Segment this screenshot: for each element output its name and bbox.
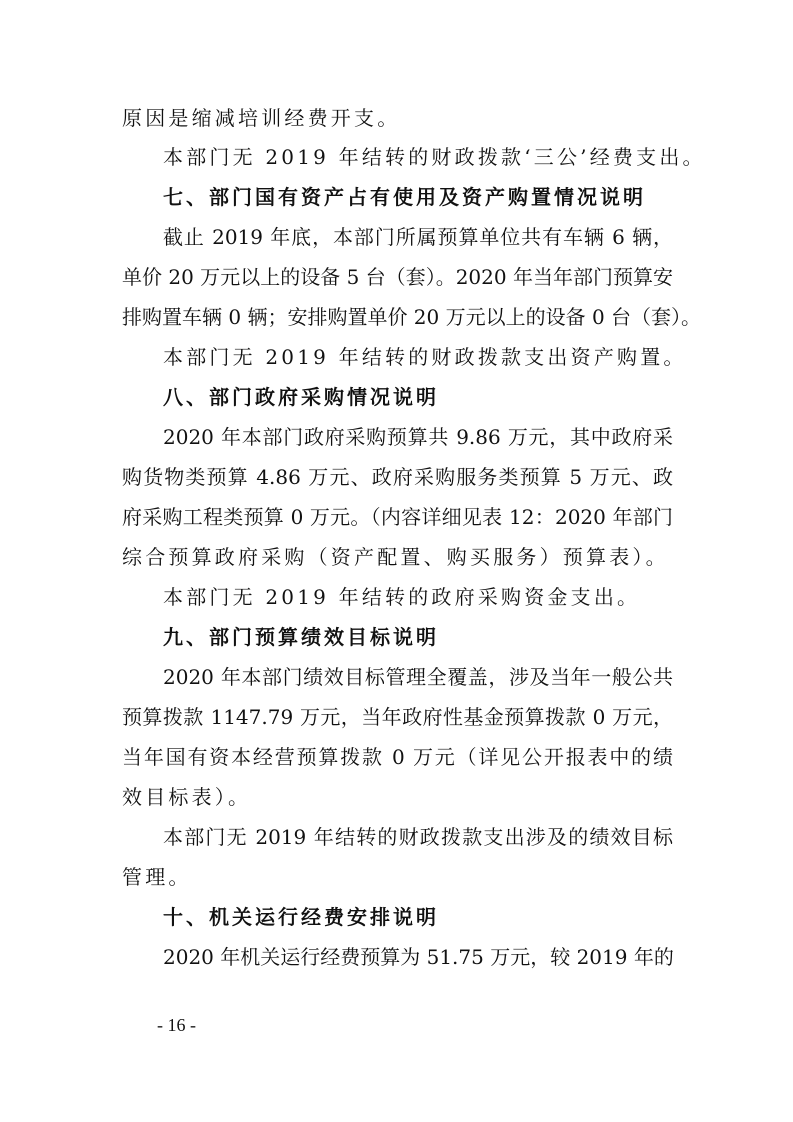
section-heading-10: 十、机关运行经费安排说明: [163, 897, 673, 937]
paragraph-line: 2020 年本部门政府采购预算共 9.86 万元，其中政府采: [163, 417, 673, 457]
paragraph-line: 本部门无 2019 年结转的政府采购资金支出。: [163, 577, 673, 617]
paragraph-line: 单价 20 万元以上的设备 5 台（套）。2020 年当年部门预算安: [122, 257, 673, 297]
paragraph-line: 截止 2019 年底，本部门所属预算单位共有车辆 6 辆，: [163, 217, 673, 257]
paragraph-line: 本部门无 2019 年结转的财政拨款支出涉及的绩效目标: [163, 817, 673, 857]
paragraph-line: 购货物类预算 4.86 万元、政府采购服务类预算 5 万元、政: [122, 457, 673, 497]
paragraph-line: 2020 年本部门绩效目标管理全覆盖，涉及当年一般公共: [163, 657, 673, 697]
section-heading-7: 七、部门国有资产占有使用及资产购置情况说明: [163, 177, 673, 217]
section-heading-8: 八、部门政府采购情况说明: [163, 377, 673, 417]
paragraph-line: 效目标表）。: [122, 777, 673, 817]
paragraph-line: 管理。: [122, 857, 673, 897]
page-number: - 16 -: [157, 1010, 196, 1040]
paragraph-line: 2020 年机关运行经费预算为 51.75 万元，较 2019 年的: [163, 937, 673, 977]
section-heading-9: 九、部门预算绩效目标说明: [163, 617, 673, 657]
paragraph-line: 原因是缩减培训经费开支。: [122, 98, 673, 138]
paragraph-line: 预算拨款 1147.79 万元，当年政府性基金预算拨款 0 万元，: [122, 697, 673, 737]
paragraph-line: 府采购工程类预算 0 万元。（内容详细见表 12：2020 年部门: [122, 497, 673, 537]
document-page: 原因是缩减培训经费开支。 本部门无 2019 年结转的财政拨款‘三公’经费支出。…: [0, 0, 793, 1122]
paragraph-line: 本部门无 2019 年结转的财政拨款支出资产购置。: [163, 337, 673, 377]
paragraph-line: 当年国有资本经营预算拨款 0 万元（详见公开报表中的绩: [122, 737, 673, 777]
paragraph-line: 排购置车辆 0 辆；安排购置单价 20 万元以上的设备 0 台（套）。: [122, 297, 673, 337]
paragraph-line: 本部门无 2019 年结转的财政拨款‘三公’经费支出。: [163, 137, 673, 177]
paragraph-line: 综合预算政府采购（资产配置、购买服务）预算表）。: [122, 537, 673, 577]
